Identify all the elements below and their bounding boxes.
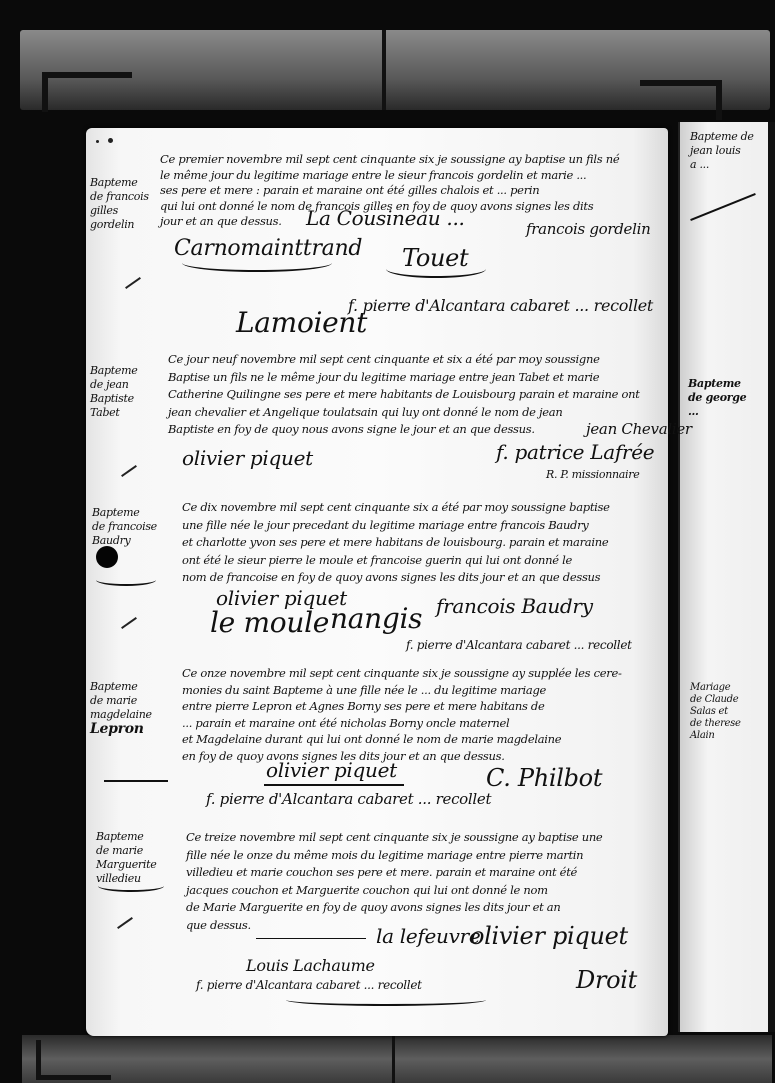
margin-note-entry-5: Bapteme de marie Marguerite villedieu bbox=[96, 830, 156, 886]
note-line: Bapteme bbox=[90, 364, 137, 378]
text-line: Baptiste en foy de quoy nous avons signe… bbox=[168, 420, 640, 440]
text-line: de Marie Marguerite en foy de quoy avons… bbox=[186, 898, 602, 918]
note-line: magdelaine bbox=[90, 708, 152, 722]
note-line: Baptiste bbox=[90, 392, 137, 406]
margin-mark bbox=[117, 917, 133, 929]
text-line: Ce jour neuf novembre mil sept cent cinq… bbox=[168, 350, 640, 370]
scan-seam bbox=[392, 1035, 395, 1083]
ink-blot bbox=[96, 546, 118, 568]
text-line: Ce dix novembre mil sept cent cinquante … bbox=[182, 498, 610, 518]
note-line: a ... bbox=[690, 158, 754, 172]
entry-4-text: Ce onze novembre mil sept cent cinquante… bbox=[182, 664, 622, 766]
officiant-signature: f. pierre d'Alcantara cabaret ... recoll… bbox=[348, 296, 653, 315]
corner-bracket bbox=[42, 72, 132, 78]
text-line: Catherine Quilingne ses pere et mere hab… bbox=[168, 385, 640, 405]
scan-background-top bbox=[20, 30, 770, 110]
note-line: Bapteme de bbox=[690, 130, 754, 144]
corner-bracket bbox=[36, 1075, 111, 1080]
note-line: Marguerite bbox=[96, 858, 156, 872]
corner-bracket bbox=[716, 80, 722, 120]
entry-5-text: Ce treize novembre mil sept cent cinquan… bbox=[186, 828, 602, 935]
signature: C. Philbot bbox=[486, 764, 602, 792]
note-line: de therese bbox=[690, 718, 741, 730]
signature: R. P. missionnaire bbox=[546, 468, 639, 481]
signature: nangis bbox=[330, 602, 422, 635]
signature: Lamoient bbox=[236, 306, 367, 339]
facing-page: Bapteme de jean louis a ... Bapteme de g… bbox=[678, 122, 772, 1032]
ink-speck bbox=[108, 138, 113, 143]
signature: francois Baudry bbox=[436, 594, 593, 618]
signature-flourish bbox=[286, 994, 486, 1006]
note-line: de francoise bbox=[92, 520, 157, 534]
note-line: de marie bbox=[90, 694, 152, 708]
text-line: villedieu et marie couchon ses pere et m… bbox=[186, 863, 602, 883]
scan-background-bottom bbox=[22, 1035, 772, 1083]
note-line: jean louis bbox=[690, 144, 754, 158]
text-line: Ce treize novembre mil sept cent cinquan… bbox=[186, 828, 602, 848]
note-line: de george bbox=[688, 391, 746, 405]
margin-mark bbox=[125, 277, 141, 289]
entry-3-text: Ce dix novembre mil sept cent cinquante … bbox=[182, 498, 610, 588]
entry-2-text: Ce jour neuf novembre mil sept cent cinq… bbox=[168, 350, 640, 440]
signature-flourish bbox=[182, 254, 332, 272]
note-line: Lepron bbox=[90, 722, 152, 736]
signature: olivier piquet bbox=[182, 446, 313, 470]
corner-bracket bbox=[640, 80, 720, 86]
officiant-signature: f. pierre d'Alcantara cabaret ... recoll… bbox=[196, 978, 422, 992]
margin-flourish bbox=[98, 880, 164, 892]
note-line: Tabet bbox=[90, 406, 137, 420]
text-line: et charlotte yvon ses pere et mere habit… bbox=[182, 533, 610, 553]
note-line: gilles bbox=[90, 204, 149, 218]
signature-underline bbox=[256, 938, 366, 939]
signature: la lefeuvre bbox=[376, 924, 480, 948]
note-line: Bapteme bbox=[90, 176, 149, 190]
note-line: Bapteme bbox=[90, 680, 152, 694]
signature: jean Chevalier bbox=[586, 420, 692, 438]
signature-flourish bbox=[386, 260, 486, 278]
margin-flourish bbox=[96, 574, 156, 586]
page-edge-shadow bbox=[768, 122, 775, 1032]
facing-margin-note-1: Bapteme de jean louis a ... bbox=[690, 130, 754, 172]
text-line: nom de francoise en foy de quoy avons si… bbox=[182, 568, 610, 588]
signature: f. patrice Lafrée bbox=[496, 440, 654, 464]
note-line: Bapteme bbox=[92, 506, 157, 520]
signature: francois gordelin bbox=[526, 220, 650, 238]
margin-note-entry-2: Bapteme de jean Baptiste Tabet bbox=[90, 364, 137, 420]
scan-seam bbox=[382, 30, 386, 110]
officiant-signature: f. pierre d'Alcantara cabaret ... recoll… bbox=[406, 638, 632, 652]
facing-margin-note-2: Bapteme de george ... bbox=[688, 377, 746, 419]
margin-note-entry-3: Bapteme de francoise Baudry bbox=[92, 506, 157, 548]
margin-mark bbox=[121, 465, 137, 477]
note-line: de Claude bbox=[690, 694, 741, 706]
signature: le moule bbox=[210, 606, 329, 639]
margin-mark bbox=[121, 617, 137, 629]
note-line: Bapteme bbox=[96, 830, 156, 844]
signature: La Cousineau ... bbox=[306, 206, 465, 230]
corner-bracket bbox=[36, 1040, 41, 1080]
note-line: de marie bbox=[96, 844, 156, 858]
margin-note-entry-1: Bapteme de francois gilles gordelin bbox=[90, 176, 149, 232]
signature: olivier piquet bbox=[470, 922, 628, 950]
note-line: ... bbox=[688, 405, 746, 419]
note-line: de jean bbox=[90, 378, 137, 392]
officiant-signature: f. pierre d'Alcantara cabaret ... recoll… bbox=[206, 790, 491, 808]
note-line: Mariage bbox=[690, 682, 741, 694]
signature-underline bbox=[264, 784, 404, 786]
flourish-line bbox=[690, 193, 756, 221]
corner-bracket bbox=[42, 72, 48, 112]
signature: Droit bbox=[576, 966, 637, 994]
separator-line bbox=[104, 780, 168, 782]
note-line: gordelin bbox=[90, 218, 149, 232]
note-line: Salas et bbox=[690, 706, 741, 718]
margin-note-entry-4: Bapteme de marie magdelaine Lepron bbox=[90, 680, 152, 736]
signature: olivier piquet bbox=[266, 758, 397, 782]
note-line: de francois bbox=[90, 190, 149, 204]
signature: Louis Lachaume bbox=[246, 956, 375, 975]
register-page: Bapteme de francois gilles gordelin Ce p… bbox=[86, 128, 668, 1036]
ink-speck bbox=[96, 140, 99, 143]
facing-margin-note-3: Mariage de Claude Salas et de therese Al… bbox=[690, 682, 741, 742]
note-line: Bapteme bbox=[688, 377, 746, 391]
note-line: Alain bbox=[690, 730, 741, 742]
